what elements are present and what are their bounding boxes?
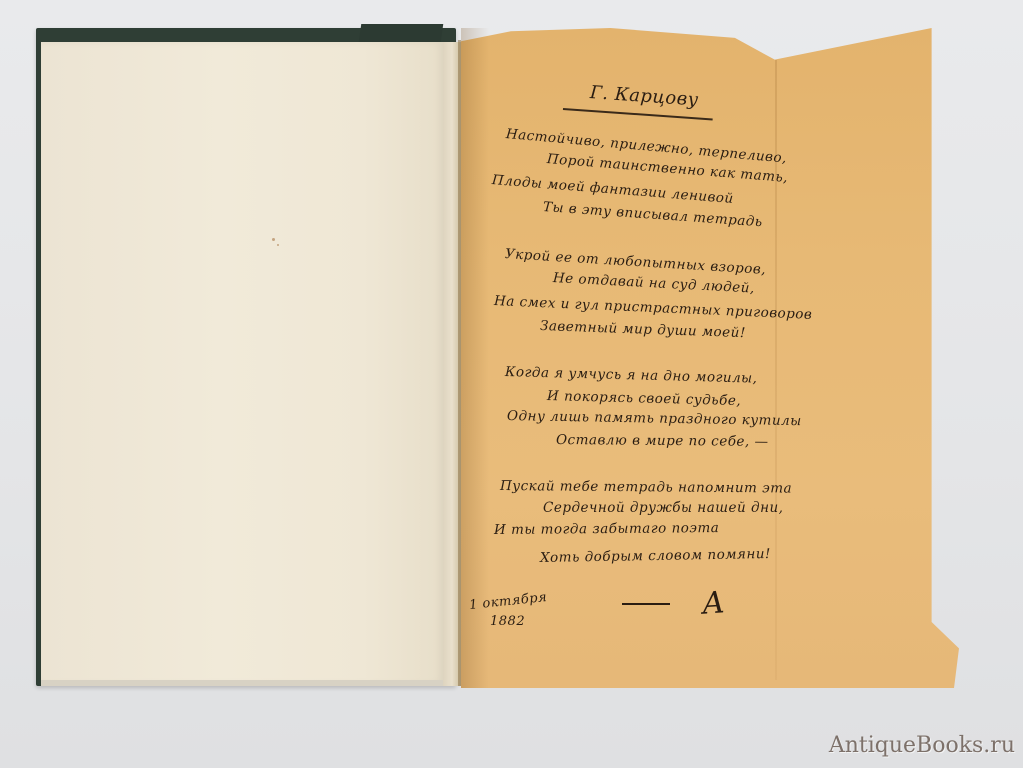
gutter-line	[458, 40, 461, 686]
poem-line: И ты тогда забытаго поэта	[494, 520, 719, 538]
signature-dash	[622, 603, 670, 605]
blank-endpaper-page	[41, 42, 444, 684]
site-watermark: AntiqueBooks.ru	[829, 733, 1015, 758]
page-left-edge	[41, 680, 451, 686]
foxing-spot	[272, 238, 275, 241]
photo-scene: Г. Карцову Настойчиво, прилежно, терпели…	[0, 0, 1023, 768]
author-signature: А	[701, 585, 727, 622]
book-spine-top	[359, 24, 444, 42]
poem-line: Пускай тебе тетрадь напомнит эта	[500, 478, 792, 497]
gutter-shadow	[461, 28, 489, 688]
poem-line: Сердечной дружбы нашей дни,	[543, 500, 783, 516]
poem-line: Оставлю в мире по себе, —	[556, 432, 769, 450]
foxing-spot	[277, 244, 279, 246]
year-line: 1882	[490, 614, 525, 629]
